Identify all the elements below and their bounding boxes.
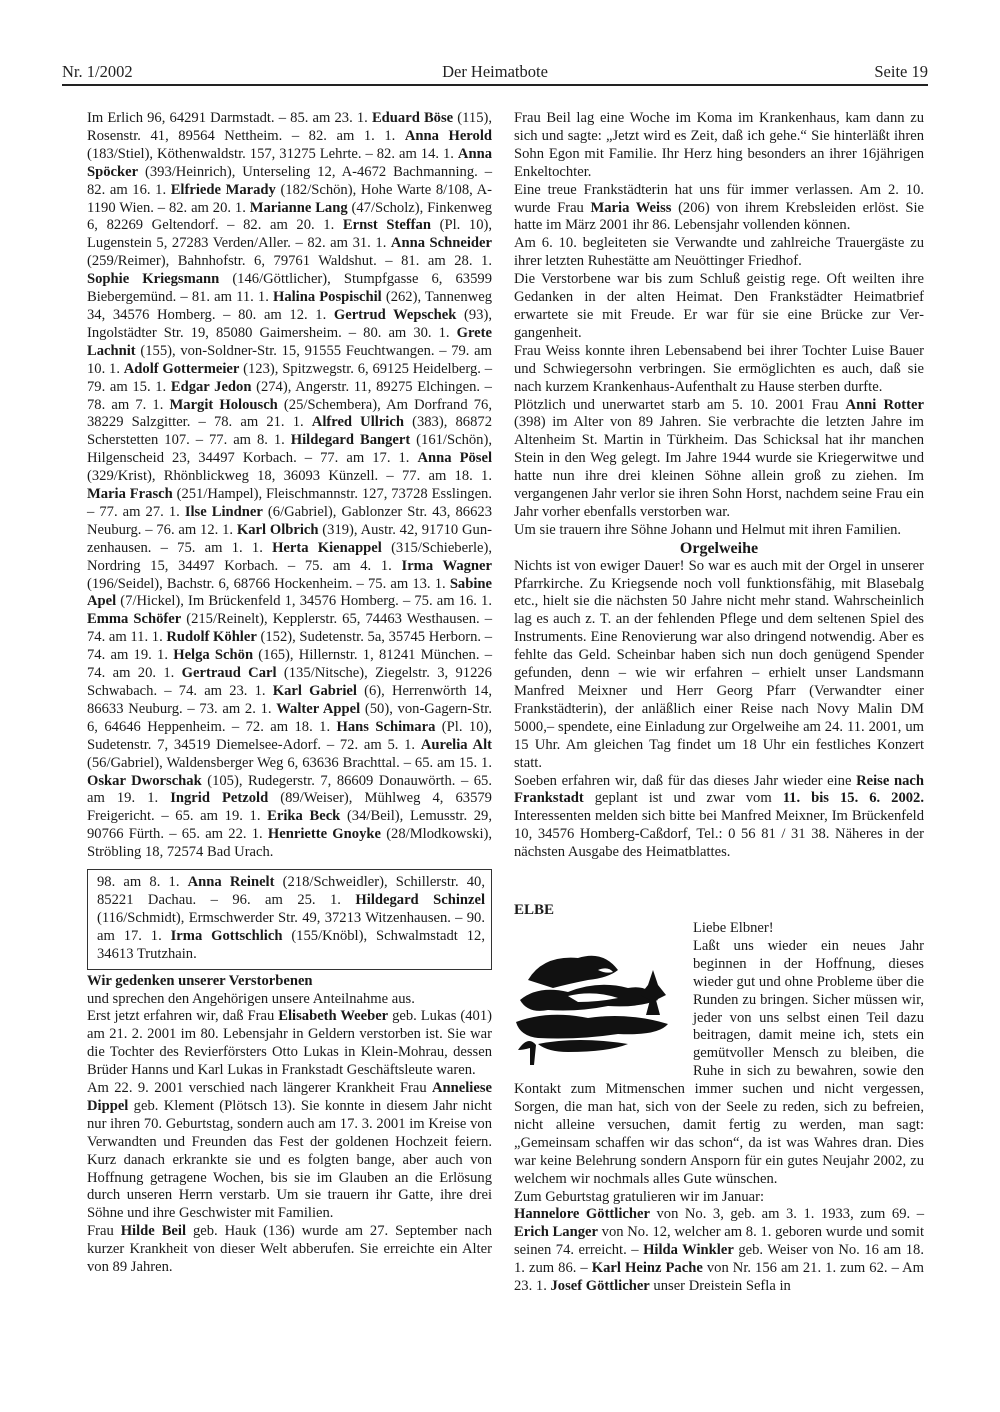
person-name: Irma Gottschlich: [171, 928, 283, 944]
orgelweihe-heading: Orgelweihe: [514, 540, 924, 558]
person-name: Adolf Gottermeier: [124, 361, 240, 377]
person-name: Maria Frasch: [87, 486, 173, 502]
orgelweihe-paragraph: Nichts ist von ewiger Dauer! So war es a…: [514, 558, 924, 773]
person-name: Marianne Lang: [250, 200, 348, 216]
paragraph-rotter-mourners: Um sie trauern ihre Söhne Johann und Hel…: [514, 522, 924, 540]
person-name: Alfred Ullrich: [312, 414, 404, 430]
entry-details: (259/Reimer), Bahnhofstr. 6, 79761 Walds…: [87, 253, 492, 269]
person-name: Emma Schöfer: [87, 611, 181, 627]
person-name: Karl Olbrich: [237, 522, 319, 538]
boxed-birthday-list: 98. am 8. 1. Anna Reinelt (218/Schweidle…: [87, 869, 492, 970]
person-name: Edgar Jedon: [171, 379, 252, 395]
entry-details: (183/Stiel), Köthenwaldstr. 157, 31275 L…: [87, 146, 458, 162]
memorial-paragraph-dippel: Am 22. 9. 2001 verschied nach längerer K…: [87, 1080, 492, 1223]
person-name: Josef Göttlicher: [550, 1278, 649, 1294]
birthday-list: Im Erlich 96, 64291 Darmstadt. – 85. am …: [87, 110, 492, 862]
entry-details: (196/Seidel), Bachstr. 6, 68766 Hockenhe…: [87, 576, 450, 592]
deceased-name: Hilde Beil: [121, 1223, 186, 1239]
publication-title: Der Heimatbote: [62, 62, 928, 82]
person-name: Aurelia Alt: [421, 737, 492, 753]
deceased-name: Maria Weiss: [590, 200, 671, 216]
person-name: Erika Beck: [267, 808, 340, 824]
paragraph-weiss-family: Frau Weiss konnte ihren Lebensabend bei …: [514, 343, 924, 397]
boxed-birthday-text: 98. am 8. 1. Anna Reinelt (218/Schweidle…: [97, 874, 485, 964]
elbe-birthday-intro: Zum Geburtstag gratulieren wir im Januar…: [514, 1189, 924, 1207]
deceased-name: Elisabeth Weeber: [278, 1008, 388, 1024]
entry-text: 98. am 8. 1.: [97, 874, 188, 890]
elbe-birthday-list: Hannelore Göttlicher von No. 3, geb. am …: [514, 1206, 924, 1296]
person-name: Ilse Lindner: [185, 504, 263, 520]
paragraph-weiss: Eine treue Frankstädterin hat uns für im…: [514, 182, 924, 236]
person-name: Sophie Kriegsmann: [87, 271, 219, 287]
person-name: Elfriede Marady: [171, 182, 276, 198]
memorial-paragraph-weeber: Erst jetzt erfahren wir, daß Frau Elisab…: [87, 1008, 492, 1080]
entry-details: von No. 3, geb. am 3. 1. 1933, zum 69. –: [650, 1206, 924, 1222]
elbe-section: ELBE Liebe Elbner! Laßt uns wieder ein n…: [514, 902, 924, 1296]
person-name: Karl Heinz Pache: [592, 1260, 703, 1276]
person-name: Hans Schimara: [337, 719, 436, 735]
left-column: Im Erlich 96, 64291 Darmstadt. – 85. am …: [87, 110, 492, 1277]
person-name: Erich Langer: [514, 1224, 598, 1240]
person-name: Ernst Steffan: [343, 217, 431, 233]
landscape-illustration-icon: [508, 940, 683, 1070]
person-name: Irma Wagner: [402, 558, 492, 574]
person-name: Herta Kienappel: [272, 540, 382, 556]
right-column: Frau Beil lag eine Woche im Koma im Kran…: [514, 110, 924, 1296]
person-name: Anna Herold: [405, 128, 492, 144]
person-name: Anna Reinelt: [188, 874, 275, 890]
paragraph-funeral: Am 6. 10. begleiteten sie Verwandte und …: [514, 235, 924, 271]
trip-announcement: Soeben erfahren wir, daß für das dieses …: [514, 773, 924, 863]
entry-text: Im Erlich 96, 64291 Darmstadt. – 85. am …: [87, 110, 372, 126]
person-name: Anna Pösel: [417, 450, 492, 466]
paragraph-beil-continued: Frau Beil lag eine Woche im Koma im Kran…: [514, 110, 924, 182]
entry-details: (329/Krist), Rhön­blickweg 18, 36093 Kün…: [87, 468, 492, 484]
memorial-intro: und sprechen den Angehörigen unsere Ante…: [87, 991, 492, 1009]
page-header: Nr. 1/2002 Der Heimatbote Seite 19: [62, 58, 928, 84]
person-name: Gertraud Carl: [182, 665, 277, 681]
entry-details: unser Dreistein Sefla in: [650, 1278, 791, 1294]
person-name: Hannelore Göttlicher: [514, 1206, 650, 1222]
person-name: Margit Holousch: [170, 397, 278, 413]
page-number: Seite 19: [874, 62, 928, 82]
person-name: Walter Appel: [276, 701, 360, 717]
person-name: Halina Po­spischil: [273, 289, 382, 305]
person-name: Hilda Winkler: [643, 1242, 734, 1258]
paragraph-weiss-memory: Die Verstorbene war bis zum Schluß geist…: [514, 271, 924, 343]
elbe-heading: ELBE: [514, 902, 924, 920]
header-divider: [62, 84, 928, 86]
person-name: Ingrid Petzold: [170, 790, 268, 806]
trip-dates: 11. bis 15. 6. 2002.: [783, 790, 924, 806]
elbe-greeting: Liebe Elbner!: [514, 920, 924, 938]
person-name: Helga Schön: [173, 647, 253, 663]
person-name: Eduard Böse: [372, 110, 453, 126]
paragraph-rotter: Plötzlich und unerwartet starb am 5. 10.…: [514, 397, 924, 522]
person-name: Hildegard Bangert: [291, 432, 410, 448]
person-name: Karl Ga­briel: [273, 683, 357, 699]
person-name: Gertrud Wepschek: [334, 307, 457, 323]
person-name: Oskar Dworschak: [87, 773, 202, 789]
entry-details: (7/Hickel), Im Brückenfeld 1, 34576 Homb…: [116, 593, 492, 609]
person-name: Anna Schneider: [391, 235, 492, 251]
deceased-name: Anni Rotter: [846, 397, 924, 413]
memorial-paragraph-beil: Frau Hilde Beil geb. Hauk (136) wurde am…: [87, 1223, 492, 1277]
entry-details: (56/Gabriel), Waldensberger Weg 6, 63636…: [87, 755, 492, 771]
memorial-heading: Wir gedenken unserer Verstorbenen: [87, 973, 492, 991]
person-name: Rudolf Köhler: [166, 629, 256, 645]
person-name: Hildegard Schinzel: [355, 892, 485, 908]
person-name: Henriette Gnoyke: [268, 826, 381, 842]
